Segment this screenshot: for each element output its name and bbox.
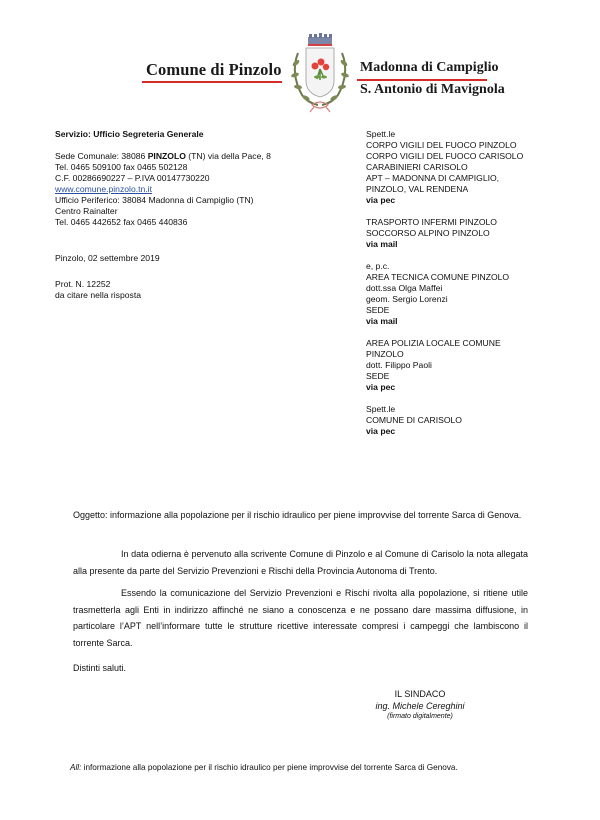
recipient-line: APT – MADONNA DI CAMPIGLIO,: [366, 173, 566, 184]
subject-line: Oggetto: informazione alla popolazione p…: [73, 510, 521, 520]
recipient-line: Spett.le: [366, 129, 566, 140]
recipient-group: Spett.leCOMUNE DI CARISOLOvia pec: [366, 404, 566, 437]
recipient-line: SEDE: [366, 305, 566, 316]
sender-service: Servizio: Ufficio Segreteria Generale: [55, 129, 345, 140]
letterhead-red-rule-right: [357, 79, 487, 81]
recipient-line: AREA POLIZIA LOCALE COMUNE: [366, 338, 566, 349]
attachment-label: All:: [70, 763, 81, 772]
letterhead-municipality-name: Comune di Pinzolo: [146, 60, 282, 80]
recipient-line: AREA TECNICA COMUNE PINZOLO: [366, 272, 566, 283]
recipient-line: PINZOLO, VAL RENDENA: [366, 184, 566, 195]
attachment-line: All: informazione alla popolazione per i…: [70, 763, 458, 772]
letterhead-locality-2: S. Antonio di Mavignola: [360, 82, 505, 98]
sender-fiscal: C.F. 00286690227 – P.IVA 00147730220: [55, 173, 345, 184]
recipient-line: e, p.c.: [366, 261, 566, 272]
recipient-group: Spett.leCORPO VIGILI DEL FUOCO PINZOLOCO…: [366, 129, 566, 206]
signature-name: ing. Michele Cereghini: [350, 700, 490, 712]
body-paragraph-1: In data odierna è pervenuto alla scriven…: [73, 546, 528, 579]
recipient-line: CORPO VIGILI DEL FUOCO PINZOLO: [366, 140, 566, 151]
protocol-note: da citare nella risposta: [55, 290, 141, 301]
letterhead-locality-1: Madonna di Campiglio: [360, 60, 498, 76]
signature-note: (firmato digitalmente): [350, 712, 490, 722]
letterhead-red-rule-left: [142, 81, 282, 83]
coat-of-arms-icon: [284, 33, 356, 113]
address-suffix: (TN) via della Pace, 8: [186, 151, 271, 161]
recipient-line: dott.ssa Olga Maffei: [366, 283, 566, 294]
branch-center: Centro Rainalter: [55, 206, 345, 217]
branch-phone: Tel. 0465 442652 fax 0465 440836: [55, 217, 345, 228]
paragraph-2-text: Essendo la comunicazione del Servizio Pr…: [73, 588, 528, 648]
signature-block: IL SINDACO ing. Michele Cereghini (firma…: [350, 688, 490, 722]
recipient-line: SEDE: [366, 371, 566, 382]
recipient-group: e, p.c.AREA TECNICA COMUNE PINZOLOdott.s…: [366, 261, 566, 327]
recipient-line: TRASPORTO INFERMI PINZOLO: [366, 217, 566, 228]
protocol-number: Prot. N. 12252: [55, 279, 141, 290]
sender-address: Sede Comunale: 38086 PINZOLO (TN) via de…: [55, 151, 345, 162]
delivery-method: via mail: [366, 239, 566, 250]
recipient-group: AREA POLIZIA LOCALE COMUNEPINZOLOdott. F…: [366, 338, 566, 393]
recipients-block: Spett.leCORPO VIGILI DEL FUOCO PINZOLOCO…: [366, 129, 566, 437]
closing-salutation: Distinti saluti.: [73, 663, 126, 673]
website-link[interactable]: www.comune.pinzolo.tn.it: [55, 184, 152, 194]
delivery-method: via pec: [366, 426, 566, 437]
recipient-group: TRASPORTO INFERMI PINZOLOSOCCORSO ALPINO…: [366, 217, 566, 250]
address-city: PINZOLO: [148, 151, 186, 161]
sender-phone: Tel. 0465 509100 fax 0465 502128: [55, 162, 345, 173]
date-line: Pinzolo, 02 settembre 2019: [55, 253, 160, 264]
delivery-method: via pec: [366, 195, 566, 206]
delivery-method: via mail: [366, 316, 566, 327]
recipient-line: PINZOLO: [366, 349, 566, 360]
delivery-method: via pec: [366, 382, 566, 393]
recipient-line: CORPO VIGILI DEL FUOCO CARISOLO: [366, 151, 566, 162]
protocol-block: Prot. N. 12252 da citare nella risposta: [55, 279, 141, 301]
address-prefix: Sede Comunale: 38086: [55, 151, 148, 161]
body-paragraph-2: Essendo la comunicazione del Servizio Pr…: [73, 585, 528, 651]
recipient-line: Spett.le: [366, 404, 566, 415]
signature-title: IL SINDACO: [350, 688, 490, 700]
branch-office: Ufficio Periferico: 38084 Madonna di Cam…: [55, 195, 345, 206]
attachment-text: informazione alla popolazione per il ris…: [81, 763, 457, 772]
recipient-line: geom. Sergio Lorenzi: [366, 294, 566, 305]
recipient-line: SOCCORSO ALPINO PINZOLO: [366, 228, 566, 239]
recipient-line: dott. Filippo Paoli: [366, 360, 566, 371]
sender-block: Servizio: Ufficio Segreteria Generale Se…: [55, 129, 345, 228]
recipient-line: CARABINIERI CARISOLO: [366, 162, 566, 173]
paragraph-1-text: In data odierna è pervenuto alla scriven…: [73, 549, 528, 576]
recipient-line: COMUNE DI CARISOLO: [366, 415, 566, 426]
